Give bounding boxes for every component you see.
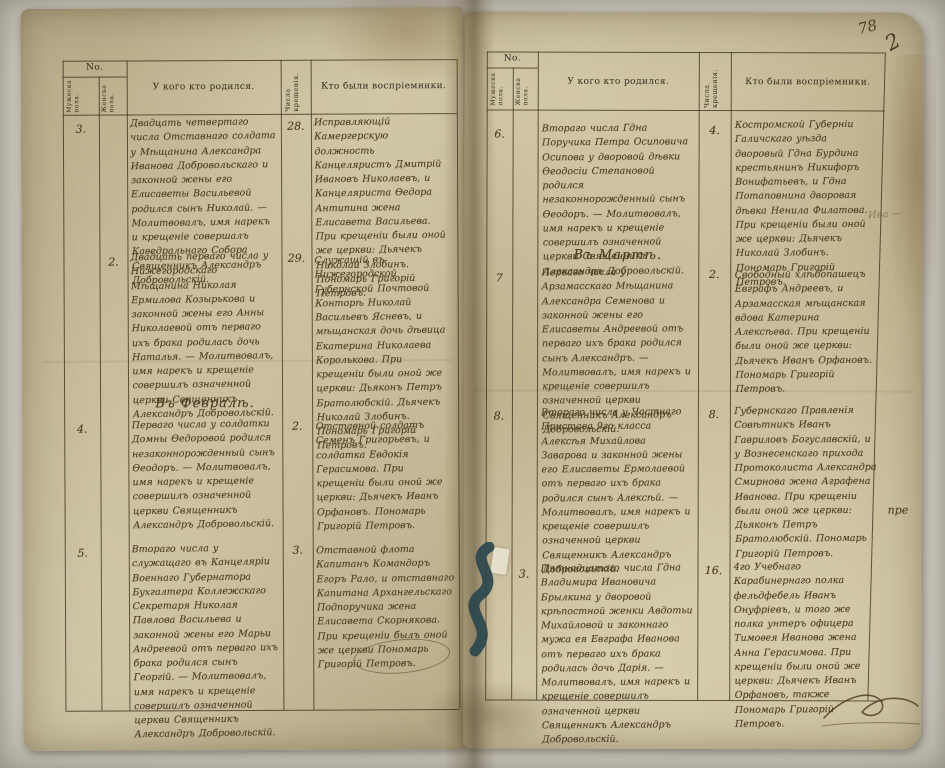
entry-number: 2.: [99, 256, 127, 269]
table-line: [487, 51, 885, 53]
month-header-march: Въ Мартѣ.: [537, 248, 698, 263]
entry-number: 3.: [63, 123, 99, 136]
entry-number: 8.: [486, 409, 512, 422]
table-line: [729, 52, 732, 700]
column-header-baptism: Числа крещенія.: [703, 55, 729, 108]
month-header-february: Въ Февралѣ.: [128, 396, 282, 412]
column-header-baptism: Числа крещенія.: [284, 63, 310, 112]
birth-record-text: Втораго числа у служащаго въ Канцеляріи …: [132, 541, 281, 743]
birth-record-text: Пятнадцатаго числа Гдна Владимира Иванов…: [541, 561, 694, 747]
baptism-day: 28.: [281, 120, 311, 133]
table-line: [511, 68, 514, 700]
column-header-male: Мужеска пола.: [490, 69, 511, 105]
column-header-male: Мужеска пола.: [66, 79, 96, 113]
table-line: [487, 109, 885, 111]
column-header-born: У кого кто родился.: [127, 83, 281, 94]
godparents-text: Отставной солдатъ Семенъ Григорьевъ, и с…: [316, 418, 456, 534]
baptism-day: 29.: [281, 252, 311, 265]
left-page: No. Мужеска пола. Женска пола. У кого кт…: [20, 7, 465, 751]
right-page: No. Мужеска пола. Женска пола. У кого кт…: [463, 11, 923, 749]
godparents-text: Костромской Губерніи Галичскаго уѣзда дв…: [735, 118, 880, 290]
entry-number: 4.: [64, 423, 100, 436]
table-line: [697, 52, 700, 700]
baptism-day: 16.: [697, 564, 729, 577]
baptism-day: 2.: [282, 420, 312, 433]
ink-blob: [458, 542, 506, 660]
table-line: [99, 77, 103, 711]
birth-record-text: Перваго числа у солдатки Домны Ѳедоровой…: [132, 417, 280, 533]
baptism-day: 4.: [699, 124, 731, 137]
column-header-female: Женска пола.: [515, 70, 536, 106]
table-line: [63, 59, 457, 62]
entry-number: 6.: [487, 127, 513, 140]
entry-number: 3.: [511, 568, 536, 581]
baptism-day: 8.: [698, 408, 730, 421]
column-header-godparents: Кто были воспріемники.: [731, 78, 885, 88]
column-header-born: У кого кто родился.: [538, 78, 699, 88]
godparents-text: Свободный хлѣбопашецъ Евграфъ Андреевъ, …: [735, 268, 880, 397]
godparents-text: Губернскаго Правленія Совѣтникъ Иванъ Га…: [734, 404, 879, 562]
signature-flourish: [820, 686, 924, 730]
column-header-female: Женска пола.: [101, 79, 125, 113]
table-line: [281, 60, 285, 710]
baptism-day: 3.: [283, 544, 313, 557]
birth-record-text: Втораго числа у Частнаго Пристава 9го кл…: [541, 405, 694, 577]
table-line: [63, 61, 67, 711]
entry-number: 7: [486, 271, 512, 284]
entry-number: 5.: [65, 547, 101, 560]
margin-note: пре: [888, 502, 920, 519]
column-header-godparents: Кто были воспріемники.: [311, 82, 457, 93]
photo-backdrop: No. Мужеска пола. Женска пола. У кого кт…: [0, 0, 945, 768]
column-header-no: No.: [63, 64, 127, 74]
table-line: [536, 52, 539, 700]
baptism-day: 2.: [698, 268, 730, 281]
column-header-no: No.: [487, 54, 538, 64]
